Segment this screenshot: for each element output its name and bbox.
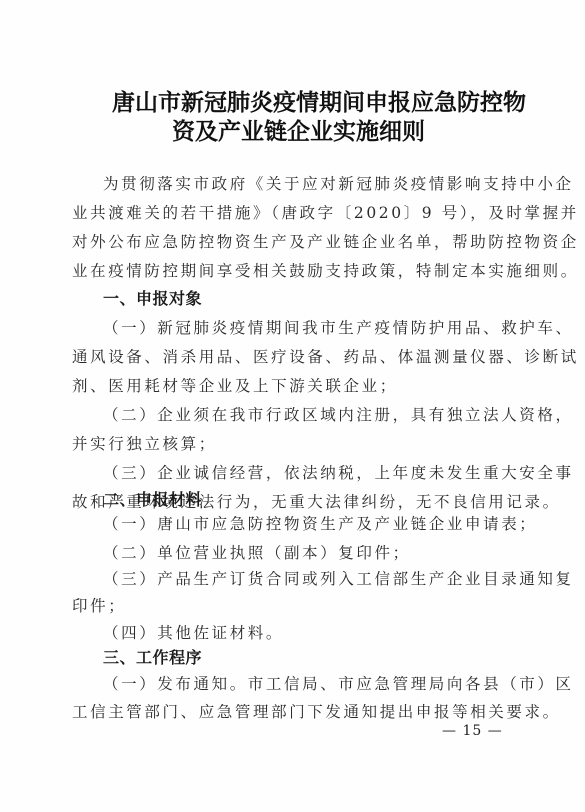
- section-line: （二）企业须在我市行政区域内注册，具有独立法人资格，: [103, 405, 543, 425]
- section-line: （一）新冠肺炎疫情期间我市生产疫情防护用品、救护车、: [103, 318, 543, 338]
- section-heading-applicants: 一、申报对象: [103, 289, 202, 309]
- section-line: （四）其他佐证材料。: [103, 623, 543, 643]
- page-number: — 15 —: [442, 723, 503, 739]
- section-line: 并实行独立核算；: [72, 434, 512, 454]
- section-line: （一）发布通知。市工信局、市应急管理局向各县（市）区: [103, 674, 543, 694]
- section-line: 通风设备、消杀用品、医疗设备、药品、体温测量仪器、诊断试: [72, 347, 512, 367]
- intro-paragraph-line: 业共渡难关的若干措施》（唐政字〔2020〕9 号），及时掌握并: [72, 203, 512, 223]
- intro-paragraph-line: 对外公布应急防控物资生产及产业链企业名单，帮助防控物资企: [72, 232, 512, 252]
- section-line: （三）企业诚信经营，依法纳税，上年度未发生重大安全事: [103, 463, 543, 483]
- section-line: 工信主管部门、应急管理部门下发通知提出申报等相关要求。: [72, 702, 512, 722]
- section-line: 剂、医用耗材等企业及上下游关联企业；: [72, 376, 512, 396]
- document-page: 唐山市新冠肺炎疫情期间申报应急防控物 资及产业链企业实施细则 为贯彻落实市政府《…: [0, 0, 585, 812]
- intro-paragraph-line: 为贯彻落实市政府《关于应对新冠肺炎疫情影响支持中小企: [103, 174, 543, 194]
- section-line: （三）产品生产订货合同或列入工信部生产企业目录通知复: [103, 569, 543, 589]
- section-line: 印件；: [72, 596, 512, 616]
- document-title-line-2: 资及产业链企业实施细则: [172, 113, 585, 146]
- section-line: （一）唐山市应急防控物资生产及产业链企业申请表；: [103, 514, 543, 534]
- section-heading-procedure: 三、工作程序: [103, 648, 202, 668]
- section-heading-materials: 二、申报材料: [103, 490, 202, 510]
- intro-paragraph-line: 业在疫情防控期间享受相关鼓励支持政策，特制定本实施细则。: [72, 261, 512, 281]
- section-line: （二）单位营业执照（副本）复印件；: [103, 543, 543, 563]
